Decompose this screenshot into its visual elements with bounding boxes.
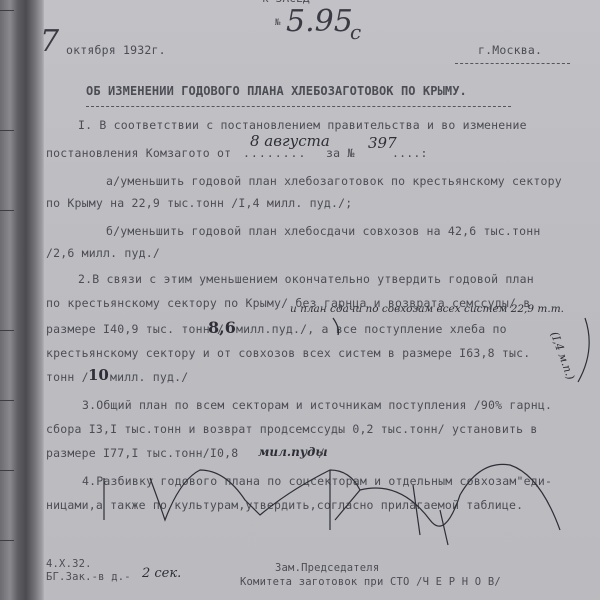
footer-date: 4.X.32. [46,558,92,570]
signature-title: Зам.Председателя [275,562,379,574]
signature-name: Комитета заготовок при СТО /Ч Е Р Н О В/ [240,576,501,588]
footer-typist-handwritten: 2 сек. [142,566,181,581]
footer-typist: БГ.Зак.-в д.- [46,571,131,583]
strikethrough-scribble [0,0,600,600]
